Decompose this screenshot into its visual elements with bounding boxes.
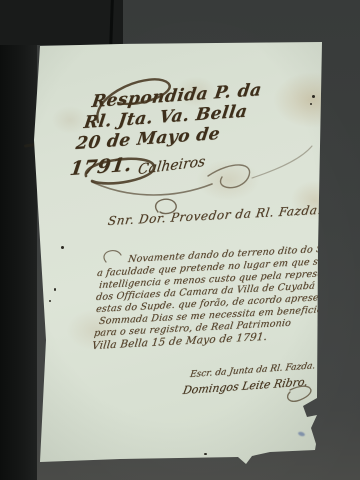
binding-gutter <box>0 0 37 480</box>
top-left-shadow <box>0 0 123 45</box>
ink-speck <box>312 95 315 98</box>
ink-speck <box>54 288 56 291</box>
ink-speck <box>49 300 51 302</box>
manuscript-photo: Respondida P. da Rl. Jta. Va. Bella 20 d… <box>0 0 360 480</box>
annotation-line-4: 1791. <box>68 154 133 181</box>
ink-speck <box>61 246 64 249</box>
manuscript-page: Respondida P. da Rl. Jta. Va. Bella 20 d… <box>0 0 360 480</box>
paper-shading <box>0 0 360 480</box>
ink-speck <box>310 103 312 105</box>
ink-speck <box>204 453 207 455</box>
